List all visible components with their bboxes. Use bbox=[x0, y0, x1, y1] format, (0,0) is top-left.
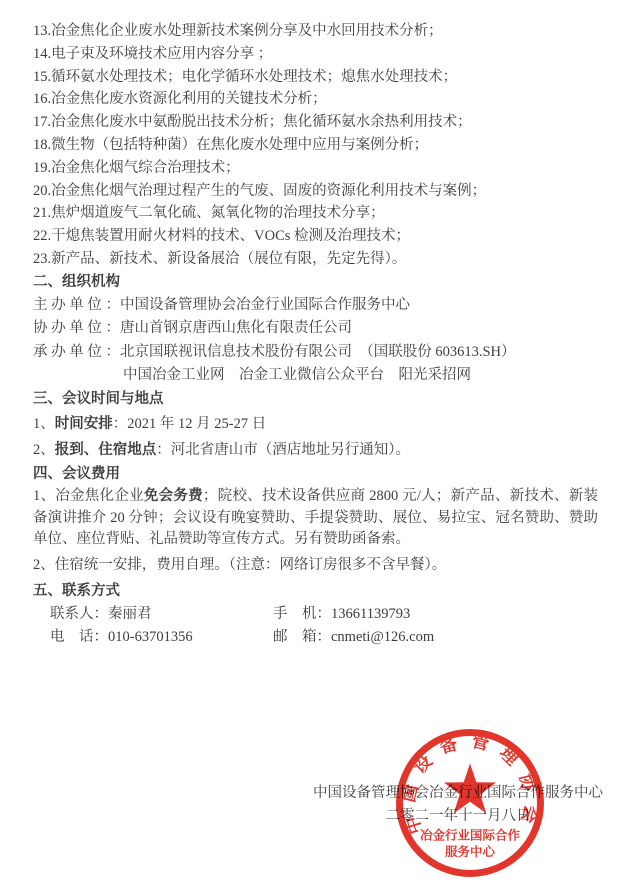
section-heading-fees: 四、会议费用 bbox=[33, 463, 598, 486]
fee-free-label: 免会务费 bbox=[144, 488, 203, 504]
agenda-item: 15.循环氨水处理技术；电化学循环水处理技术；熄焦水处理技术； bbox=[33, 66, 598, 89]
venue-value: ：河北省唐山市（酒店地址另行通知）。 bbox=[156, 442, 410, 458]
contact-email: 邮 箱：cnmeti@126.com bbox=[273, 629, 434, 645]
item-number: 1、 bbox=[33, 416, 55, 432]
org-value: 唐山首钢京唐西山焦化有限责任公司 bbox=[120, 320, 352, 336]
fee-item-1: 1、冶金焦化企业免会务费；院校、技术设备供应商 2800 元/人；新产品、新技术… bbox=[33, 486, 598, 551]
contact-value: 秦丽君 bbox=[108, 606, 152, 622]
agenda-item: 23.新产品、新技术、新设备展洽（展位有限，先定先得）。 bbox=[33, 248, 598, 271]
org-label: 协 办 单 位 ： bbox=[33, 320, 120, 336]
contact-person: 联系人：秦丽君 bbox=[50, 603, 273, 627]
agenda-item: 14.电子束及环境技术应用内容分享 ； bbox=[33, 43, 598, 66]
agenda-item: 17.冶金焦化废水中氨酚脱出技术分析；焦化循环氨水余热利用技术； bbox=[33, 111, 598, 134]
org-label: 承 办 单 位 ： bbox=[33, 344, 120, 360]
section-heading-schedule: 三、会议时间与地点 bbox=[33, 388, 598, 411]
contact-label: 邮 箱： bbox=[273, 629, 331, 645]
contact-value: cnmeti@126.com bbox=[331, 629, 434, 645]
contact-row: 电 话：010-63701356邮 箱：cnmeti@126.com bbox=[33, 626, 598, 650]
time-value: ：2021 年 12 月 25-27 日 bbox=[113, 416, 266, 432]
item-number: 2、 bbox=[33, 442, 55, 458]
agenda-item: 22.干熄焦装置用耐火材料的技术、VOCs 检测及治理技术； bbox=[33, 225, 598, 248]
contact-phone: 电 话：010-63701356 bbox=[50, 626, 273, 650]
contact-label: 联系人： bbox=[50, 606, 108, 622]
contact-label: 电 话： bbox=[50, 629, 108, 645]
seal-inner-line2: 服务中心 bbox=[445, 844, 496, 859]
org-value: 中国设备管理协会冶金行业国际合作服务中心 bbox=[120, 297, 410, 313]
org-row-continuation: 中国冶金工业网 冶金工业微信公众平台 阳光采招网 bbox=[33, 364, 598, 387]
fee-item-2: 2、住宿统一安排，费用自理。（注意：网络订房很多不含早餐）。 bbox=[33, 554, 598, 577]
venue-label: 报到、住宿地点 bbox=[55, 442, 157, 458]
contact-value: 010-63701356 bbox=[108, 629, 193, 645]
contact-value: 13661139793 bbox=[331, 606, 410, 622]
agenda-item: 16.冶金焦化废水资源化利用的关键技术分析； bbox=[33, 88, 598, 111]
section-heading-contact: 五、联系方式 bbox=[33, 580, 598, 603]
org-row-host: 主 办 单 位 ：中国设备管理协会冶金行业国际合作服务中心 bbox=[33, 294, 598, 317]
contact-row: 联系人：秦丽君手 机：13661139793 bbox=[33, 603, 598, 627]
org-row-cohost: 协 办 单 位 ：唐山首钢京唐西山焦化有限责任公司 bbox=[33, 317, 598, 340]
time-label: 时间安排 bbox=[55, 416, 113, 432]
agenda-list: 13.冶金焦化企业废水处理新技术案例分享及中水回用技术分析； 14.电子束及环境… bbox=[33, 20, 598, 271]
agenda-item: 13.冶金焦化企业废水处理新技术案例分享及中水回用技术分析； bbox=[33, 20, 598, 43]
section-heading-organization: 二、组织机构 bbox=[33, 271, 598, 294]
contact-label: 手 机： bbox=[273, 606, 331, 622]
schedule-time-line: 1、时间安排：2021 年 12 月 25-27 日 bbox=[33, 411, 598, 437]
seal-star-icon bbox=[444, 764, 496, 814]
org-row-organizer: 承 办 单 位 ：北京国联视讯信息技术股份有限公司 （国联股份 603613.S… bbox=[33, 341, 598, 364]
seal-inner-line1: 冶金行业国际合作 bbox=[420, 828, 521, 843]
contact-mobile: 手 机：13661139793 bbox=[273, 606, 410, 622]
fee-prefix: 1、冶金焦化企业 bbox=[33, 488, 144, 504]
schedule-venue-line: 2、报到、住宿地点：河北省唐山市（酒店地址另行通知）。 bbox=[33, 437, 598, 463]
org-label: 主 办 单 位 ： bbox=[33, 297, 120, 313]
official-seal: 中国设备管理协会 冶金行业国际合作 服务中心 bbox=[394, 727, 546, 879]
agenda-item: 20.冶金焦化烟气治理过程产生的气废、固废的资源化利用技术与案例； bbox=[33, 180, 598, 203]
org-value: 北京国联视讯信息技术股份有限公司 （国联股份 603613.SH） bbox=[120, 344, 516, 360]
agenda-item: 18.微生物（包括特种菌）在焦化废水处理中应用与案例分析； bbox=[33, 134, 598, 157]
agenda-item: 21.焦炉烟道废气二氧化硫、氮氧化物的治理技术分享； bbox=[33, 202, 598, 225]
agenda-item: 19.冶金焦化烟气综合治理技术； bbox=[33, 157, 598, 180]
